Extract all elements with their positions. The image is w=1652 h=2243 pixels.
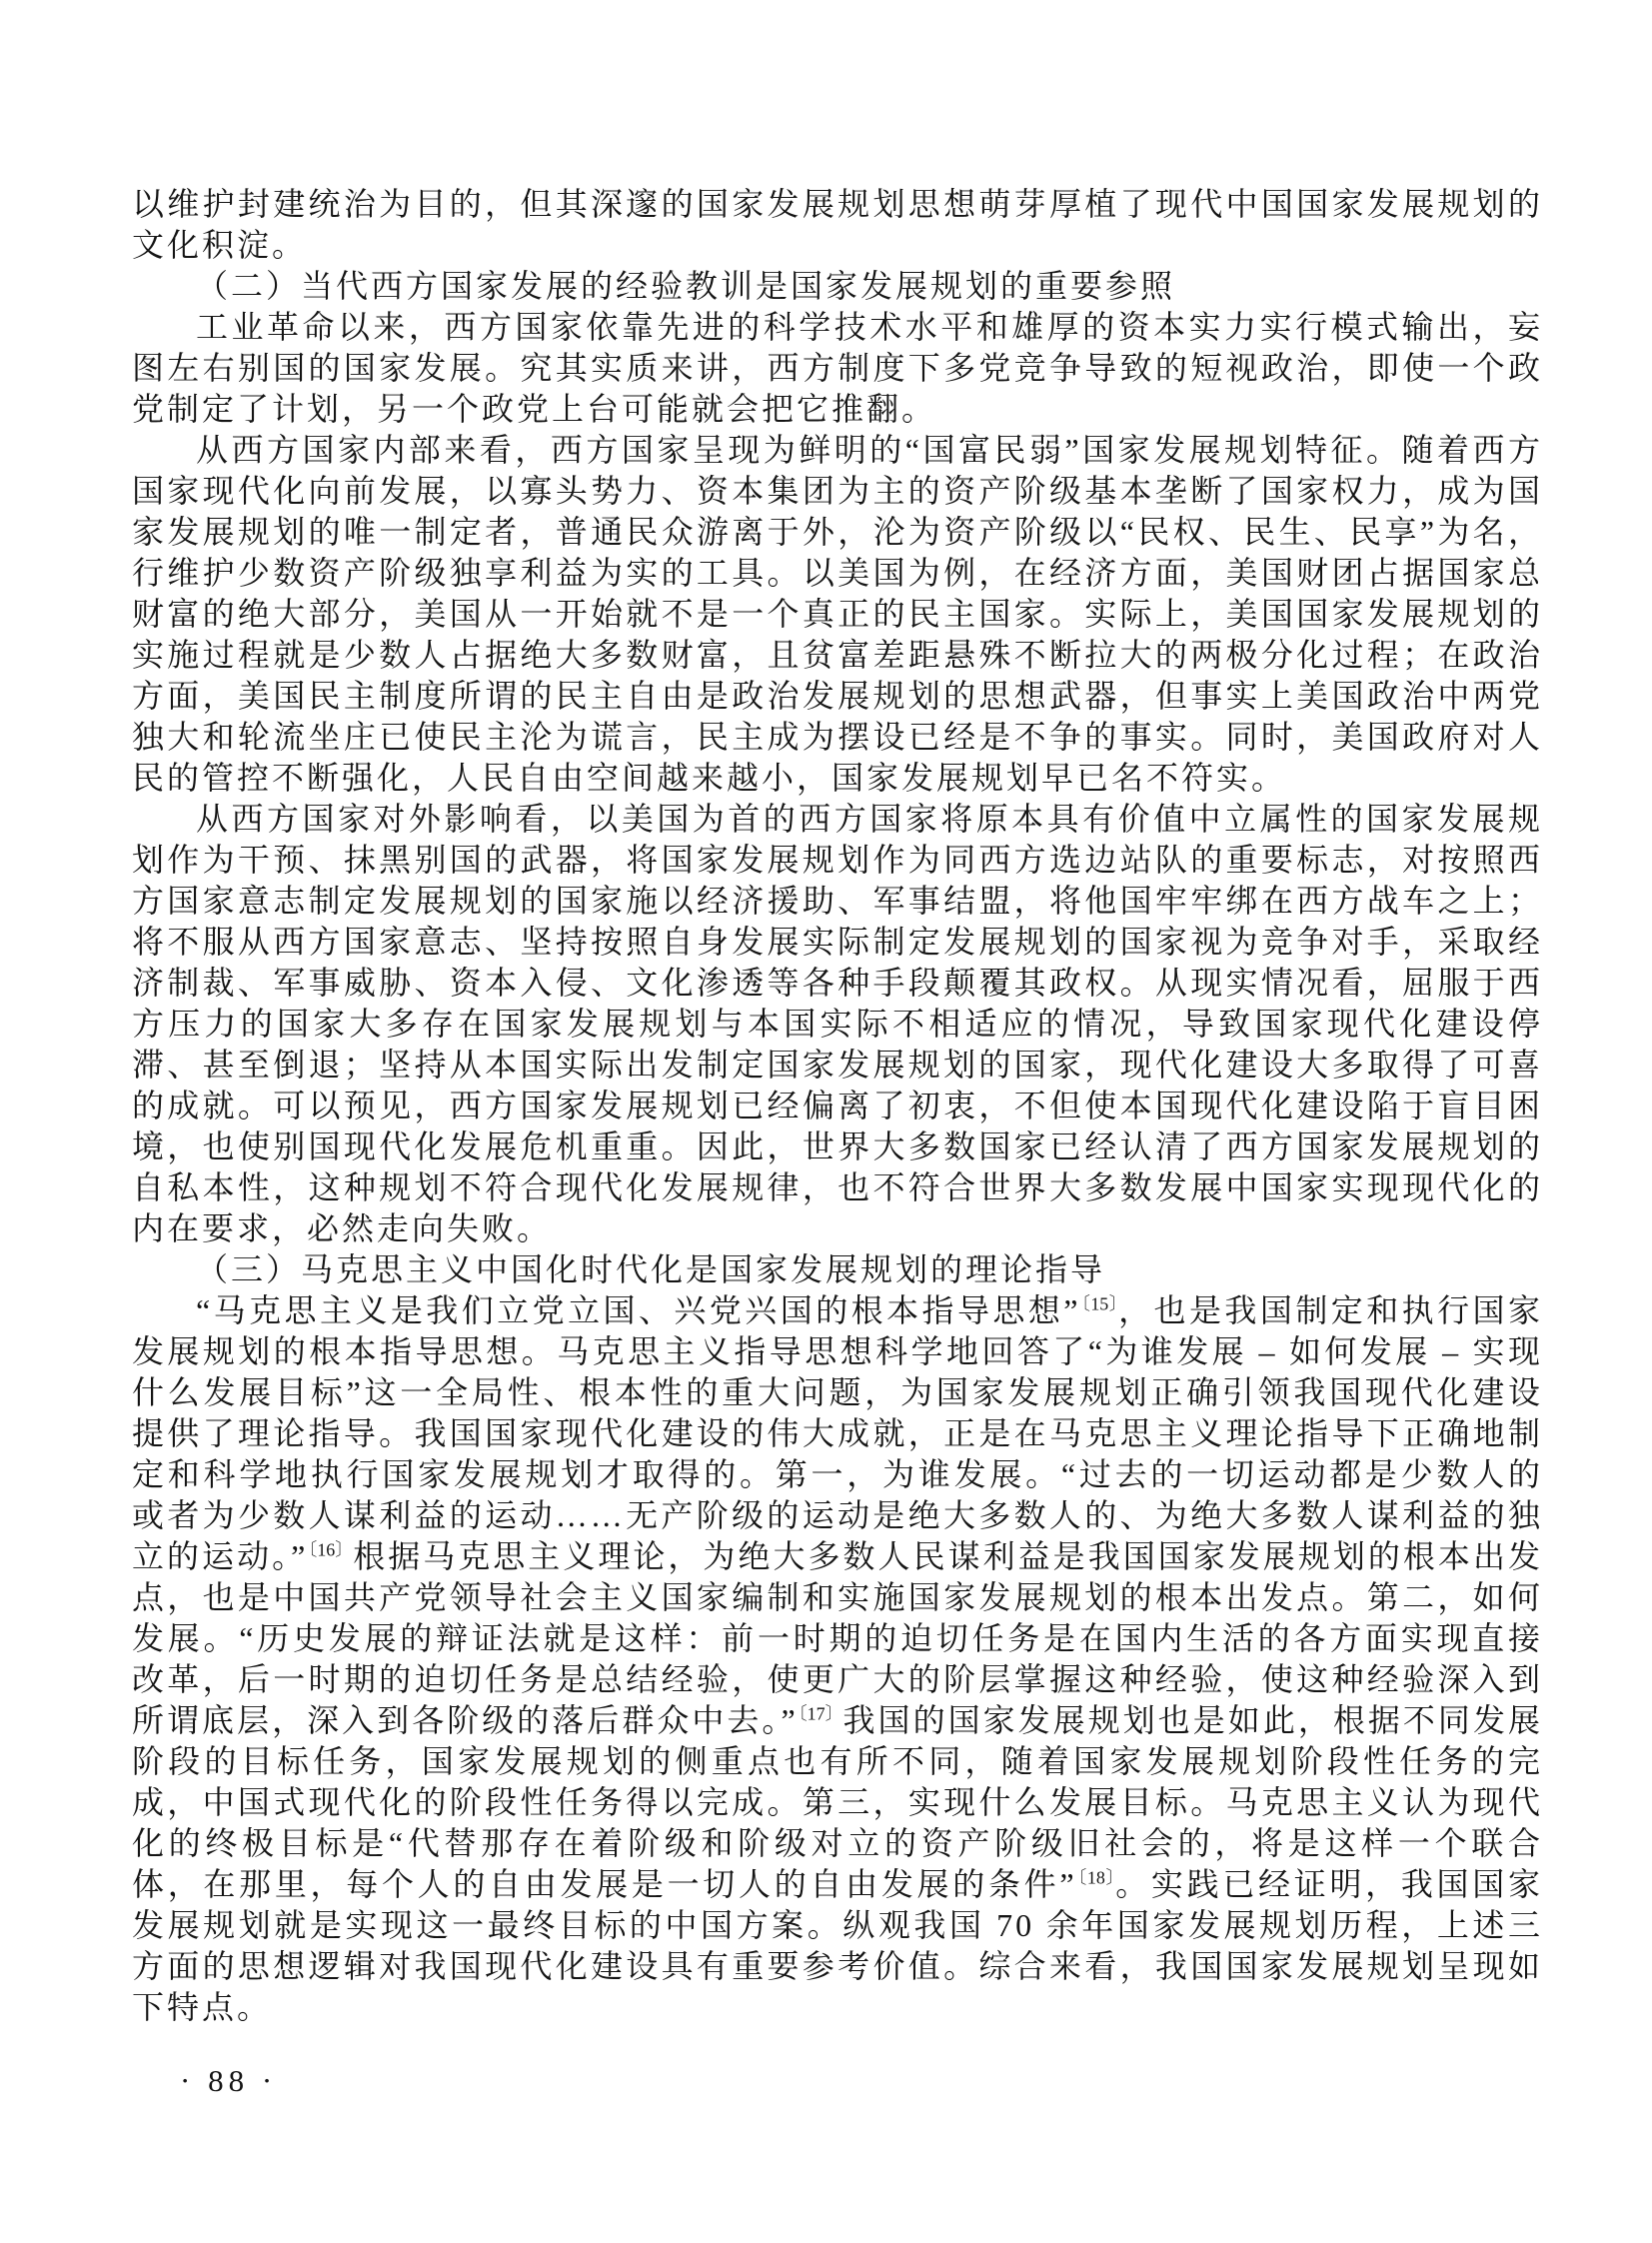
text-run: “马克思主义是我们立党立国、兴党兴国的根本指导思想”	[196, 1292, 1081, 1328]
text-run: （三）马克思主义中国化时代化是国家发展规划的理论指导	[196, 1251, 1105, 1287]
body-paragraph: 工业革命以来，西方国家依靠先进的科学技术水平和雄厚的资本实力实行模式输出，妄图左…	[132, 307, 1543, 430]
section-subheading: （二）当代西方国家发展的经验教训是国家发展规划的重要参照	[132, 266, 1543, 307]
section-subheading: （三）马克思主义中国化时代化是国家发展规划的理论指导	[132, 1249, 1543, 1290]
citation-ref: 〔18〕	[1077, 1867, 1116, 1887]
document-page: 以维护封建统治为目的，但其深邃的国家发展规划思想萌芽厚植了现代中国国家发展规划的…	[0, 0, 1652, 2243]
citation-ref: 〔15〕	[1081, 1293, 1119, 1313]
text-run: 工业革命以来，西方国家依靠先进的科学技术水平和雄厚的资本实力实行模式输出，妄图左…	[132, 309, 1543, 427]
page-body: 以维护封建统治为目的，但其深邃的国家发展规划思想萌芽厚植了现代中国国家发展规划的…	[132, 184, 1543, 2028]
text-run: 以维护封建统治为目的，但其深邃的国家发展规划思想萌芽厚植了现代中国国家发展规划的…	[132, 186, 1543, 263]
text-run: 从西方国家内部来看，西方国家呈现为鲜明的“国富民弱”国家发展规划特征。随着西方国…	[132, 432, 1543, 796]
text-run: （二）当代西方国家发展的经验教训是国家发展规划的重要参照	[196, 268, 1175, 304]
body-paragraph: 从西方国家对外影响看，以美国为首的西方国家将原本具有价值中立属性的国家发展规划作…	[132, 799, 1543, 1249]
body-paragraph: 以维护封建统治为目的，但其深邃的国家发展规划思想萌芽厚植了现代中国国家发展规划的…	[132, 184, 1543, 266]
citation-ref: 〔16〕	[308, 1539, 353, 1559]
body-paragraph: 从西方国家内部来看，西方国家呈现为鲜明的“国富民弱”国家发展规划特征。随着西方国…	[132, 430, 1543, 799]
text-run: 从西方国家对外影响看，以美国为首的西方国家将原本具有价值中立属性的国家发展规划作…	[132, 801, 1543, 1246]
body-paragraph: “马克思主义是我们立党立国、兴党兴国的根本指导思想”〔15〕，也是我国制定和执行…	[132, 1290, 1543, 2028]
text-run: ，也是我国制定和执行国家发展规划的根本指导思想。马克思主义指导思想科学地回答了“…	[132, 1292, 1543, 1574]
citation-ref: 〔17〕	[799, 1703, 843, 1723]
page-number: · 88 ·	[180, 2063, 277, 2099]
